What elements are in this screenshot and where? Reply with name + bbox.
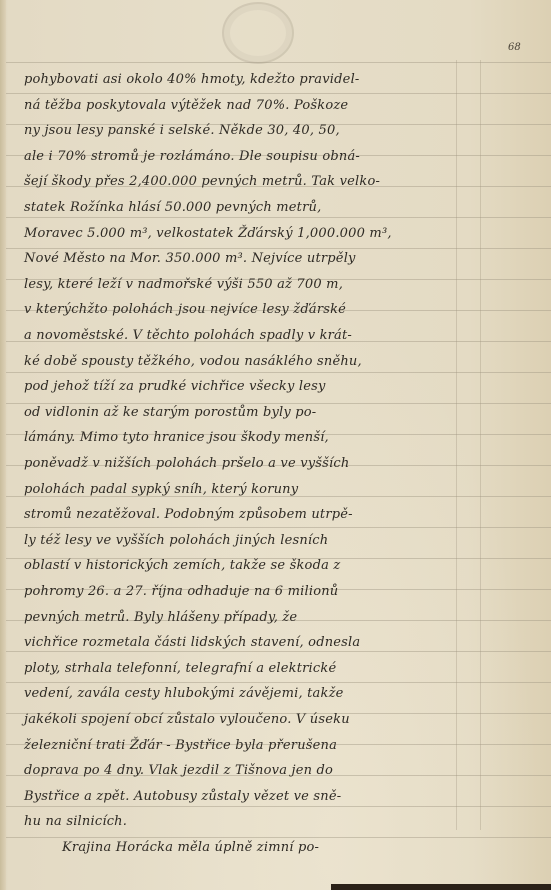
margin-line: [456, 60, 457, 830]
paragraph-start-line: Krajina Horácka měla úplně zimní po-: [62, 840, 319, 855]
text-line: ná těžba poskytovala výtěžek nad 70%. Po…: [24, 98, 348, 113]
text-line: poněvadž v nižších polohách pršelo a ve …: [24, 456, 349, 471]
text-line: pohromy 26. a 27. října odhaduje na 6 mi…: [24, 584, 338, 599]
text-line: lámány. Mimo tyto hranice jsou škody men…: [24, 430, 329, 445]
ruled-line: [6, 837, 551, 838]
text-line: stromů nezatěžoval. Podobným způsobem ut…: [24, 507, 353, 522]
binding-edge: [0, 0, 6, 890]
text-line: vichřice rozmetala části lidských staven…: [24, 635, 360, 650]
text-line: statek Rožínka hlásí 50.000 pevných metr…: [24, 200, 321, 215]
text-line: pevných metrů. Byly hlášeny případy, že: [24, 610, 297, 625]
text-line: oblastí v historických zemích, takže se …: [24, 558, 340, 573]
text-line: šejí škody přes 2,400.000 pevných metrů.…: [24, 174, 380, 189]
text-line: ale i 70% stromů je rozlámáno. Dle soupi…: [24, 149, 360, 164]
text-line: od vidlonin až ke starým porostům byly p…: [24, 405, 316, 420]
text-line: ké době spousty těžkého, vodou nasáklého…: [24, 354, 362, 369]
ruled-line: [6, 527, 551, 528]
text-line: železniční trati Žďár - Bystřice byla př…: [24, 738, 337, 753]
text-line: pohybovati asi okolo 40% hmoty, kdežto p…: [24, 72, 360, 87]
ruled-line: [6, 217, 551, 218]
text-line: Bystřice a zpět. Autobusy zůstaly vězet …: [24, 789, 341, 804]
text-line: ly též lesy ve vyšších polohách jiných l…: [24, 533, 328, 548]
ruled-line: [6, 682, 551, 683]
margin-line: [480, 60, 481, 830]
page-edge-shadow: [331, 884, 551, 890]
ruled-line: [6, 93, 551, 94]
manuscript-page: 68 pohybovati asi okolo 40% hmoty, kdežt…: [0, 0, 551, 890]
text-line: Nové Město na Mor. 350.000 m³. Nejvíce u…: [24, 251, 356, 266]
ruled-line: [6, 372, 551, 373]
ruled-line: [6, 806, 551, 807]
text-line: ny jsou lesy panské i selské. Někde 30, …: [24, 123, 340, 138]
text-line: lesy, které leží v nadmořské výši 550 až…: [24, 277, 343, 292]
text-line: Moravec 5.000 m³, velkostatek Žďárský 1,…: [24, 226, 392, 241]
text-line: jakékoli spojení obcí zůstalo vyloučeno.…: [24, 712, 350, 727]
text-line: hu na silnicích.: [24, 814, 127, 829]
text-line: vedení, zavála cesty hlubokými závějemi,…: [24, 686, 344, 701]
ruled-line: [6, 248, 551, 249]
archive-stamp: [222, 2, 294, 64]
text-line: a novoměstské. V těchto polohách spadly …: [24, 328, 352, 343]
text-line: pod jehož tíží za prudké vichřice všecky…: [24, 379, 326, 394]
text-line: polohách padal sypký sníh, který koruny: [24, 482, 298, 497]
ruled-line: [6, 651, 551, 652]
text-line: v kterýchžto polohách jsou nejvíce lesy …: [24, 302, 346, 317]
page-number: 68: [508, 42, 521, 53]
text-line: ploty, strhala telefonní, telegrafní a e…: [24, 661, 336, 676]
text-line: doprava po 4 dny. Vlak jezdil z Tišnova …: [24, 763, 333, 778]
ruled-line: [6, 62, 551, 63]
